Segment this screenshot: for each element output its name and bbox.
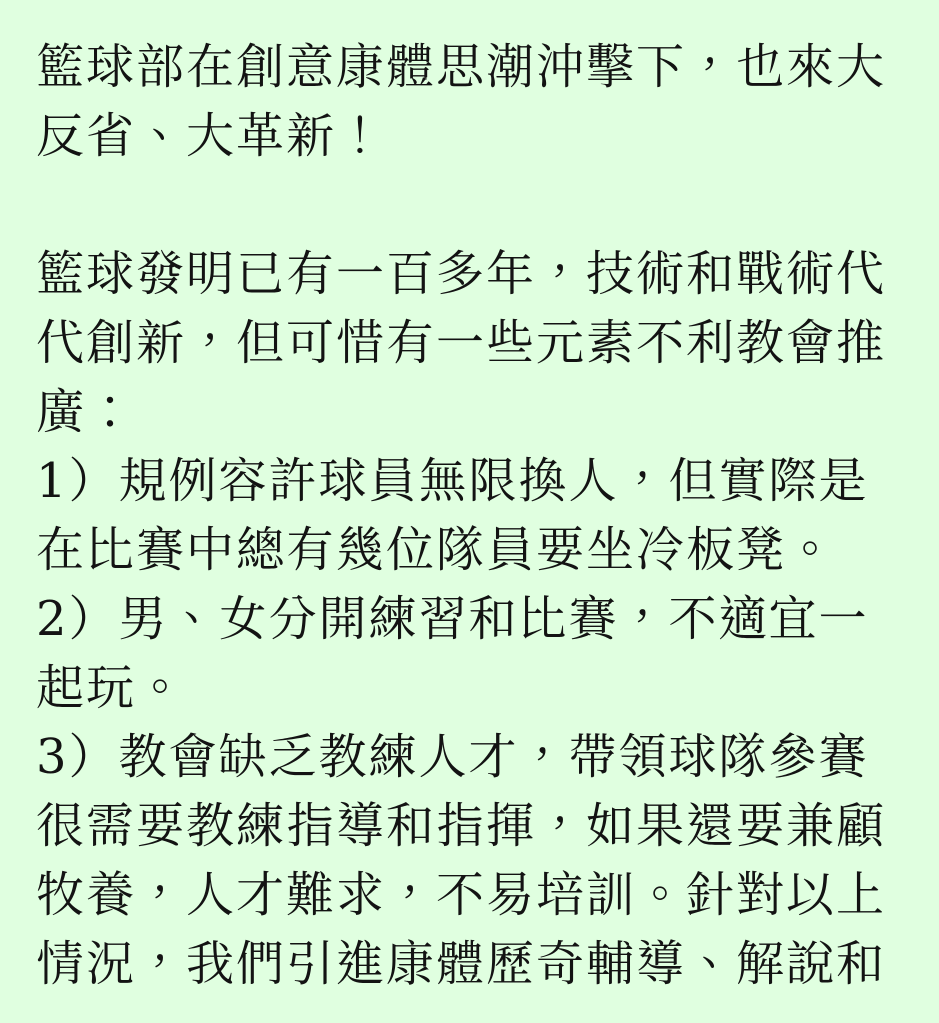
- text-line: 籃球部在創意康體思潮沖擊下，也來大: [36, 33, 919, 102]
- text-line: 代創新，但可惜有一些元素不利教會推: [36, 309, 919, 378]
- text-line: 籃球發明已有一百多年，技術和戰術代: [36, 240, 919, 309]
- text-line: 廣：: [36, 378, 919, 447]
- text-line: 情況，我們引進康體歷奇輔導、解說和: [36, 930, 919, 999]
- text-line: 反省、大革新！: [36, 102, 919, 171]
- text-line: 2）男、女分開練習和比賽，不適宜一: [36, 585, 919, 654]
- page-background: { "page": { "background_color": "#E0FFE0…: [0, 0, 939, 1023]
- text-line: 牧養，人才難求，不易培訓。針對以上: [36, 861, 919, 930]
- blank-line: [36, 171, 919, 240]
- text-line: 起玩。: [36, 654, 919, 723]
- text-line: 在比賽中總有幾位隊員要坐冷板凳。: [36, 516, 919, 585]
- document-page: 籃球部在創意康體思潮沖擊下，也來大 反省、大革新！ 籃球發明已有一百多年，技術和…: [0, 0, 939, 1023]
- text-line: 很需要教練指導和指揮，如果還要兼顧: [36, 792, 919, 861]
- text-line: 3）教會缺乏教練人才，帶領球隊參賽: [36, 723, 919, 792]
- text-line: 1）規例容許球員無限換人，但實際是: [36, 447, 919, 516]
